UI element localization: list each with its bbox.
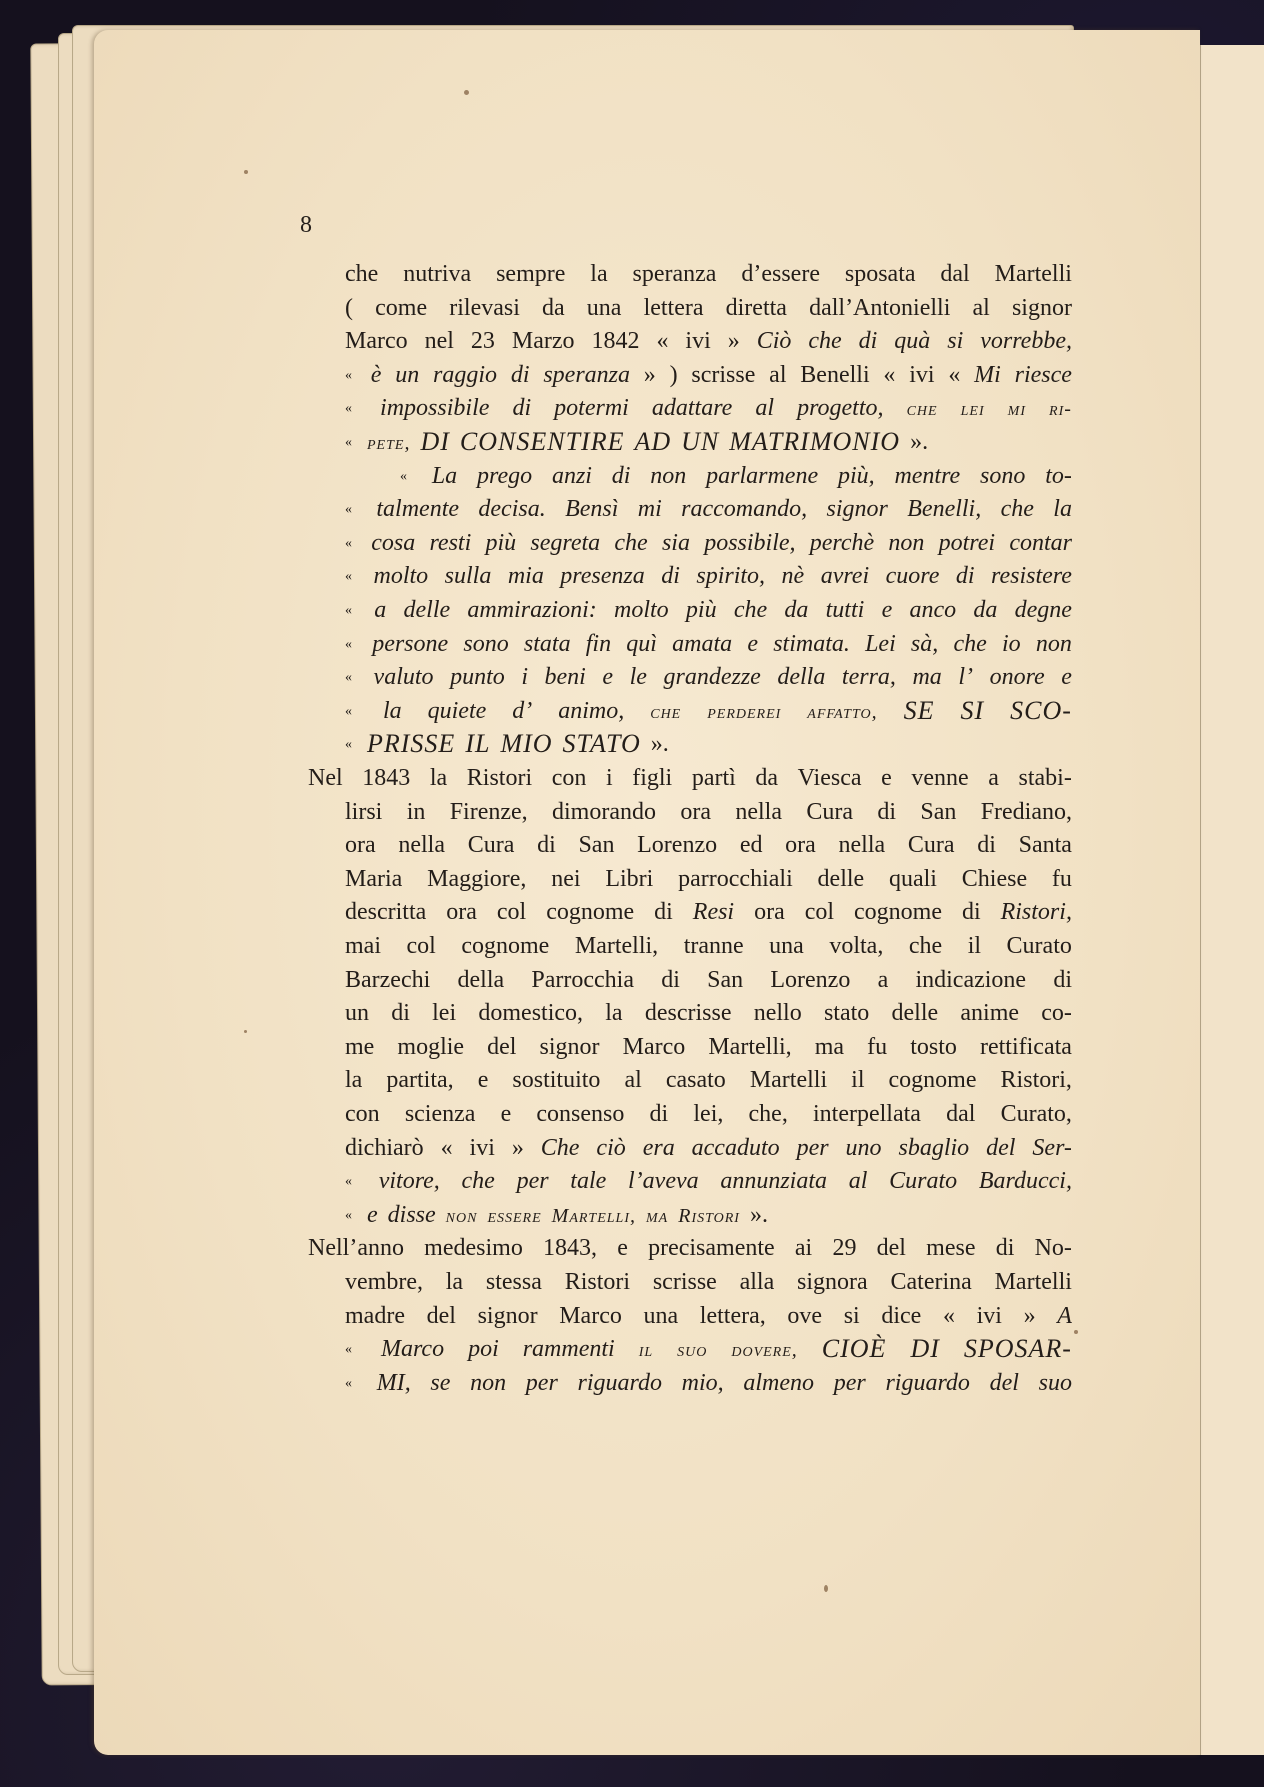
- text-line: BarzechidellaParrocchiadiSanLorenzoaindi…: [345, 964, 1072, 996]
- word: stato: [824, 997, 869, 1029]
- text-run: Santa: [1019, 832, 1072, 858]
- text-run: di: [612, 463, 631, 489]
- word: indicazione: [915, 964, 1026, 996]
- word: partita,: [386, 1064, 453, 1096]
- text-run: »: [644, 362, 656, 388]
- word: avrei: [821, 560, 869, 593]
- word: degne: [1015, 594, 1072, 627]
- text-run: ».: [651, 731, 669, 757]
- word: che: [953, 628, 986, 661]
- text-run: DI: [910, 1334, 939, 1363]
- text-run: ed: [740, 832, 763, 858]
- text-run: Lorenzo: [637, 832, 717, 858]
- word: dall’Antonielli: [809, 292, 950, 324]
- text-run: e: [882, 597, 893, 623]
- word: ed: [740, 829, 763, 861]
- quote-mark: «: [345, 670, 352, 685]
- word: le: [630, 661, 647, 694]
- word: Ristori: [678, 1199, 740, 1232]
- text-run: madre: [345, 1303, 405, 1329]
- word: un: [345, 997, 369, 1029]
- word: Mi: [974, 359, 1001, 392]
- word: io: [1002, 628, 1021, 661]
- word: SE: [904, 695, 935, 728]
- text-run: d’essere: [741, 261, 820, 287]
- word: quiete: [428, 695, 487, 728]
- text-run: avrei: [821, 563, 869, 589]
- word: scrisse: [653, 1266, 717, 1298]
- text-line: «moltosullamiapresenzadispirito,nèavreic…: [345, 560, 1072, 593]
- word: anime: [960, 997, 1019, 1029]
- word: a: [878, 964, 889, 996]
- word: Viesca: [798, 762, 862, 794]
- text-run: Ristori,: [1001, 899, 1072, 925]
- text-run: nei: [551, 866, 580, 892]
- text-run: 23: [471, 328, 495, 354]
- word: spirito,: [696, 560, 765, 593]
- word: ma: [646, 1199, 668, 1232]
- text-run: e: [881, 765, 892, 791]
- text-line: (comerilevasidaunaletteradirettadall’Ant…: [345, 292, 1072, 324]
- text-run: uno: [846, 1135, 882, 1161]
- text-line: oranellaCuradiSanLorenzoedoranellaCuradi…: [345, 829, 1072, 861]
- word: signora: [797, 1266, 868, 1298]
- foxing-spot: [824, 1585, 828, 1592]
- word: «: [345, 728, 357, 761]
- text-run: non: [650, 463, 686, 489]
- word: riguardo: [885, 1367, 969, 1400]
- word: lei,: [693, 1098, 723, 1130]
- text-run: il: [639, 1339, 653, 1361]
- word: di: [612, 460, 631, 493]
- text-run: ciò: [596, 1135, 625, 1161]
- text-run: si: [844, 1303, 860, 1329]
- text-run: delle: [818, 866, 865, 892]
- text-run: Martelli: [750, 1067, 827, 1093]
- word: medesimo: [424, 1232, 523, 1264]
- text-run: col: [407, 933, 436, 959]
- word: sà,: [911, 628, 938, 661]
- word: da: [784, 594, 808, 627]
- text-run: Bensì: [565, 496, 618, 522]
- word: Marzo: [512, 325, 575, 357]
- word: al: [849, 1165, 868, 1198]
- word: delle: [818, 863, 865, 895]
- text-run: casato: [666, 1067, 726, 1093]
- word: i: [606, 762, 613, 794]
- text-run: impossibile: [380, 395, 489, 421]
- text-run: con: [345, 1101, 380, 1127]
- word: che: [909, 930, 942, 962]
- text-run: mi: [638, 496, 662, 522]
- text-run: nutriva: [403, 261, 471, 287]
- text-run: di: [996, 1235, 1015, 1261]
- word: progetto,: [797, 392, 883, 425]
- text-run: rammenti: [523, 1336, 615, 1362]
- word: non: [1036, 628, 1072, 661]
- word: to-: [1045, 460, 1072, 493]
- word: era: [643, 1132, 675, 1164]
- word: col: [407, 930, 436, 962]
- text-run: nella: [839, 832, 886, 858]
- word: signor: [827, 493, 888, 526]
- word: da: [973, 594, 997, 627]
- word: «: [345, 1199, 357, 1232]
- text-run: la: [590, 261, 607, 287]
- word: una: [769, 930, 804, 962]
- text-run: MATRIMONIO: [729, 427, 900, 456]
- text-run: mio,: [682, 1370, 724, 1396]
- text-run: Lei: [865, 631, 896, 657]
- text-run: lettera: [644, 295, 704, 321]
- text-run: me: [345, 1034, 374, 1060]
- word: »: [644, 359, 656, 392]
- word: nello: [754, 997, 802, 1029]
- foxing-spot: [244, 1030, 247, 1033]
- word: fu: [867, 1031, 887, 1063]
- text-run: San: [707, 967, 743, 993]
- word: sposata: [845, 258, 916, 290]
- word: di: [391, 997, 410, 1029]
- text-run: riguardo: [578, 1370, 662, 1396]
- text-run: pete,: [367, 432, 410, 454]
- text-run: dovere,: [731, 1339, 797, 1361]
- word: consenso: [536, 1098, 624, 1130]
- word: che: [650, 695, 681, 728]
- text-run: ma: [912, 664, 941, 690]
- text-run: MI,: [377, 1370, 411, 1396]
- text-run: si: [947, 328, 963, 354]
- text-run: a: [988, 765, 999, 791]
- word: Bensì: [565, 493, 618, 526]
- word: San: [707, 964, 743, 996]
- word: riesce: [1015, 359, 1072, 392]
- word: con: [345, 1098, 380, 1130]
- text-run: Parrocchia: [531, 967, 634, 993]
- word: e: [747, 628, 758, 661]
- text-run: ora: [785, 832, 816, 858]
- text-line: «personesonostatafinquìamataestimata.Lei…: [345, 628, 1072, 661]
- text-run: al: [849, 1168, 868, 1194]
- text-run: ma: [646, 1205, 668, 1227]
- word: fin: [586, 628, 611, 661]
- text-run: di: [661, 563, 680, 589]
- word: Barzechi: [345, 964, 430, 996]
- text-run: raccomando,: [681, 496, 807, 522]
- foxing-spot: [1074, 1330, 1078, 1334]
- text-run: A: [1057, 1303, 1072, 1329]
- word: Martelli: [995, 258, 1072, 290]
- word: STATO: [563, 728, 641, 761]
- word: Firenze,: [450, 796, 528, 828]
- text-run: mai: [345, 933, 381, 959]
- word: Maggiore,: [427, 863, 526, 895]
- text-run: signora: [797, 1269, 868, 1295]
- text-run: Curato: [889, 1168, 957, 1194]
- text-run: ove: [787, 1303, 822, 1329]
- text-run: dall’Antonielli: [809, 295, 950, 321]
- text-run: che: [808, 328, 841, 354]
- word: Curato,: [1001, 1098, 1072, 1130]
- text-run: Ciò: [757, 328, 792, 354]
- text-run: Martelli: [995, 261, 1072, 287]
- text-run: Cura: [908, 832, 955, 858]
- text-run: al: [624, 1067, 641, 1093]
- text-run: riguardo: [885, 1370, 969, 1396]
- text-run: suo: [677, 1339, 707, 1361]
- word: Nell’anno: [308, 1232, 404, 1264]
- text-run: che: [650, 701, 681, 723]
- text-run: Benelli,: [907, 496, 981, 522]
- word: adattare: [652, 392, 732, 425]
- text-run: SCO-: [1010, 696, 1072, 725]
- text-run: contar: [1009, 530, 1072, 556]
- text-run: lettera,: [700, 1303, 766, 1329]
- word: UN: [681, 426, 719, 459]
- word: sono: [463, 628, 508, 661]
- word: «: [345, 560, 357, 593]
- word: SPOSAR-: [964, 1333, 1072, 1366]
- text-run: interpellata: [813, 1101, 921, 1127]
- text-run: che: [345, 261, 378, 287]
- text-run: Maria: [345, 866, 402, 892]
- text-run: 1842: [591, 328, 639, 354]
- text-line: vembre,lastessaRistoriscrisseallasignora…: [345, 1266, 1072, 1298]
- word: 1842: [591, 325, 639, 357]
- word: al: [624, 1064, 641, 1096]
- text-run: e: [501, 1101, 512, 1127]
- quote-mark: «: [345, 536, 352, 551]
- text-run: fin: [586, 631, 611, 657]
- text-run: quì: [626, 631, 657, 657]
- text-run: Ser-: [1032, 1135, 1072, 1161]
- text-run: vorrebbe,: [980, 328, 1072, 354]
- word: parrocchiali: [678, 863, 793, 895]
- word: sbaglio: [899, 1132, 970, 1164]
- text-run: stessa: [486, 1269, 542, 1295]
- text-run: stato: [824, 1000, 869, 1026]
- word: volta,: [829, 930, 883, 962]
- text-run: ai: [795, 1235, 812, 1261]
- word: Ristori,: [1001, 896, 1072, 928]
- text-run: e: [617, 1235, 628, 1261]
- word: San: [578, 829, 614, 861]
- text-run: diretta: [726, 295, 787, 321]
- word: CIOÈ: [822, 1333, 887, 1366]
- text-run: annunziata: [720, 1168, 827, 1194]
- text-run: in: [407, 799, 426, 825]
- word: nella: [398, 829, 445, 861]
- text-line: MariaMaggiore,neiLibriparrocchialidelleq…: [345, 863, 1072, 895]
- text-run: di: [859, 328, 878, 354]
- text-run: del: [427, 1303, 456, 1329]
- text-line: «edissenonessereMartelli,maRistori».: [345, 1199, 768, 1232]
- text-line: «MI,senonperriguardomio,almenoperriguard…: [345, 1367, 1072, 1400]
- word: decisa.: [478, 493, 545, 526]
- text-run: mese: [926, 1235, 975, 1261]
- word: e: [1061, 661, 1072, 694]
- text-run: ammirazioni:: [467, 597, 596, 623]
- text-line: «Lapregoanzidinonparlarmenepiù,mentreson…: [400, 460, 1072, 493]
- word: stata: [524, 628, 571, 661]
- word: di: [1053, 964, 1072, 996]
- word: annunziata: [720, 1165, 827, 1198]
- text-run: Ristori: [678, 1205, 740, 1227]
- text-line: Nel1843laRistoriconifiglipartìdaViescaev…: [308, 762, 1072, 794]
- word: speranza: [633, 258, 717, 290]
- text-run: ».: [910, 429, 928, 455]
- word: cognome: [889, 1064, 977, 1096]
- text-run: Marco: [559, 1303, 622, 1329]
- text-run: sbaglio: [899, 1135, 970, 1161]
- quote-mark: «: [345, 737, 352, 752]
- text-line: dichiarò«ivi»Checiòeraaccadutoperunosbag…: [345, 1132, 1072, 1164]
- word: DI: [420, 426, 449, 459]
- text-run: per: [526, 1370, 558, 1396]
- quote-mark: «: [345, 569, 352, 584]
- word: e: [602, 661, 613, 694]
- text-run: le: [630, 664, 647, 690]
- word: una: [644, 1300, 679, 1332]
- text-run: Ristori: [467, 765, 532, 791]
- word: Che: [541, 1132, 580, 1164]
- word: Benelli: [800, 359, 869, 392]
- text-run: anzi: [552, 463, 592, 489]
- word: madre: [345, 1300, 405, 1332]
- word: nella: [839, 829, 886, 861]
- word: Marco: [345, 325, 408, 357]
- word: »: [512, 1132, 524, 1164]
- text-run: di: [654, 899, 673, 925]
- text-run: più: [686, 597, 717, 623]
- text-run: sà,: [911, 631, 938, 657]
- word: segreta: [530, 527, 600, 560]
- text-run: Resi: [693, 899, 734, 925]
- word: il: [851, 1064, 864, 1096]
- word: 1843,: [543, 1232, 597, 1264]
- quote-mark: «: [345, 603, 352, 618]
- text-run: precisamente: [648, 1235, 775, 1261]
- word: punto: [450, 661, 505, 694]
- word: anzi: [552, 460, 592, 493]
- text-run: da: [973, 597, 997, 623]
- word: No-: [1035, 1232, 1072, 1264]
- quote-mark: «: [345, 704, 352, 719]
- text-run: mi: [1008, 398, 1026, 420]
- text-run: che: [1001, 496, 1034, 522]
- word: uno: [846, 1132, 882, 1164]
- text-run: spirito,: [696, 563, 765, 589]
- word: PRISSE: [367, 728, 455, 761]
- text-run: lei,: [693, 1101, 723, 1127]
- text-run: domestico,: [478, 1000, 583, 1026]
- word: a: [988, 762, 999, 794]
- word: sempre: [496, 258, 565, 290]
- text-run: poi: [468, 1336, 499, 1362]
- text-run: scienza: [405, 1101, 476, 1127]
- word: nei: [551, 863, 580, 895]
- text-run: descrisse: [645, 1000, 732, 1026]
- word: MIO: [500, 728, 552, 761]
- word: di: [962, 896, 981, 928]
- page-number: 8: [300, 212, 312, 239]
- word: di: [661, 560, 680, 593]
- text-run: onore: [990, 664, 1045, 690]
- text-run: terra,: [842, 664, 896, 690]
- word: anco: [909, 594, 956, 627]
- word: ma: [815, 1031, 844, 1063]
- text-line: «adelleammirazioni:moltopiùchedatuttiean…: [345, 594, 1072, 627]
- text-run: nello: [754, 1000, 802, 1026]
- text-run: ora: [345, 832, 376, 858]
- word: vembre,: [345, 1266, 423, 1298]
- text-line: «vitore,chepertalel’avevaannunziataalCur…: [345, 1165, 1072, 1198]
- text-run: Marco: [623, 1034, 686, 1060]
- text-run: volta,: [829, 933, 883, 959]
- text-line: Nell’annomedesimo1843,eprecisamenteai29d…: [308, 1232, 1072, 1264]
- word: è: [371, 359, 382, 392]
- text-run: la: [345, 1067, 362, 1093]
- facing-page-edge: [1200, 45, 1264, 1755]
- quote-mark: «: [345, 435, 352, 450]
- text-run: speranza: [633, 261, 717, 287]
- word: cosa: [371, 527, 415, 560]
- word: Libri: [605, 863, 653, 895]
- word: dimorando: [552, 796, 656, 828]
- word: sulla: [445, 560, 492, 593]
- text-run: e: [602, 664, 613, 690]
- text-run: che: [907, 398, 938, 420]
- word: riguardo: [578, 1367, 662, 1400]
- text-run: raggio: [433, 362, 497, 388]
- word: 1843: [362, 762, 410, 794]
- word: casato: [666, 1064, 726, 1096]
- text-run: l’aveva: [628, 1168, 699, 1194]
- text-run: come: [375, 295, 427, 321]
- text-run: fu: [1052, 866, 1072, 892]
- word: col: [497, 896, 526, 928]
- word: «: [345, 661, 357, 694]
- word: Martelli: [750, 1064, 827, 1096]
- word: A: [1057, 1300, 1072, 1332]
- word: si: [947, 325, 963, 357]
- text-run: quali: [889, 866, 937, 892]
- word: ».: [651, 728, 669, 761]
- word: moglie: [397, 1031, 464, 1063]
- word: Marco: [559, 1300, 622, 1332]
- text-run: del: [487, 1034, 516, 1060]
- word: Nel: [308, 762, 343, 794]
- word: Martelli: [995, 1266, 1072, 1298]
- text-run: Mi: [974, 362, 1001, 388]
- text-run: se: [430, 1370, 450, 1396]
- text-run: nella: [398, 832, 445, 858]
- word: dichiarò: [345, 1132, 424, 1164]
- quote-mark: «: [400, 469, 407, 484]
- word: resti: [429, 527, 471, 560]
- word: della: [458, 964, 505, 996]
- word: accaduto: [692, 1132, 780, 1164]
- text-run: la: [430, 765, 447, 791]
- word: vorrebbe,: [980, 325, 1072, 357]
- word: da: [542, 292, 565, 324]
- word: suo: [1039, 1367, 1072, 1400]
- word: di: [654, 896, 673, 928]
- word: ri-: [1049, 392, 1072, 425]
- word: del: [990, 1367, 1019, 1400]
- word: che: [734, 594, 767, 627]
- text-run: e: [1061, 664, 1072, 690]
